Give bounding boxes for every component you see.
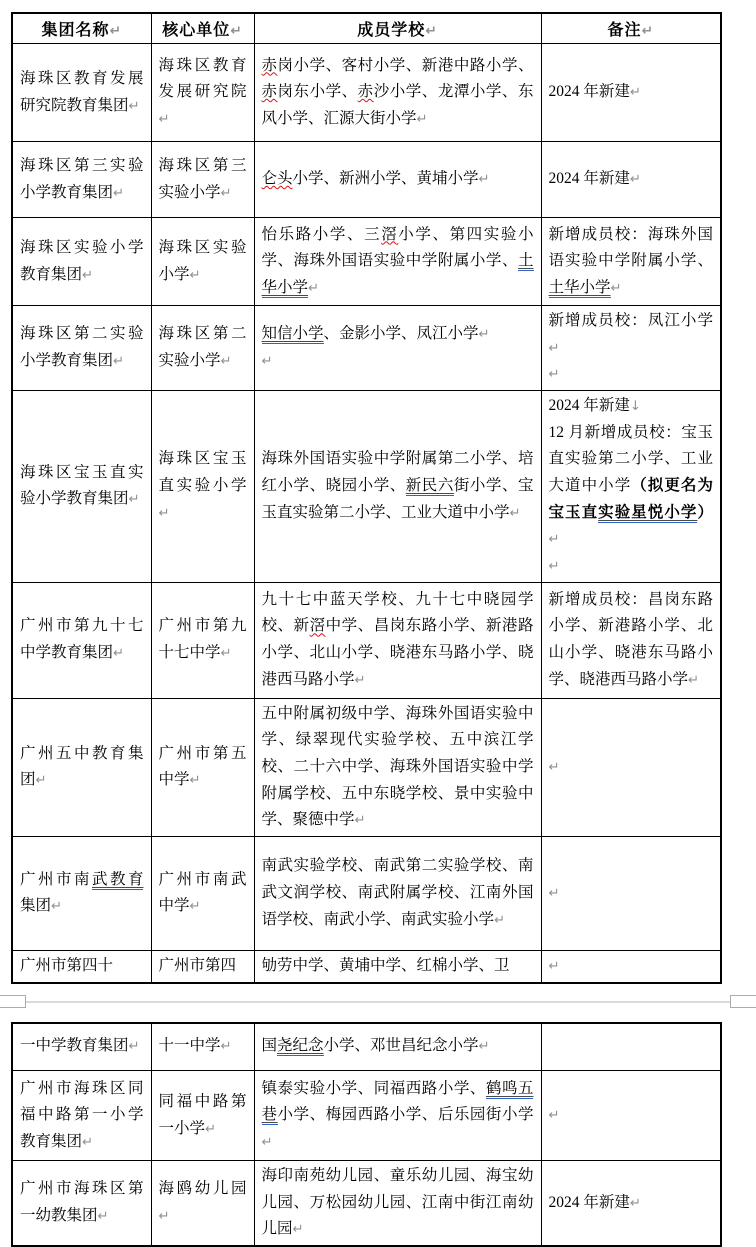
- text-run: 岗小学、客村小学、新港中路小学、: [278, 57, 534, 74]
- text-run: 广州市海珠区第一幼教集团↵: [20, 1180, 144, 1224]
- text-run: 集团名称↵: [42, 22, 122, 39]
- remark-cell: 新增成员校：昌岗东路小学、新港路小学、北山小学、晓港东马路小学、晓港西马路小学↵: [541, 582, 721, 698]
- text-run: 怡乐路小学、三: [262, 226, 382, 243]
- text-run: 海珠区教育发展研究院↵: [159, 57, 247, 127]
- paragraph-mark: ↵: [113, 646, 124, 661]
- text-run: 成员学校↵: [357, 22, 437, 39]
- remark-cell: [541, 1023, 721, 1071]
- text-run: 广州市第四十: [20, 957, 113, 974]
- paragraph-mark: ↵: [549, 1108, 560, 1123]
- group-name-cell: 广州五中教育集团↵: [12, 698, 151, 836]
- paragraph-mark: ↵: [221, 186, 232, 201]
- core-unit-cell: 海珠区宝玉直实验小学↵: [151, 390, 254, 582]
- text-run-squiggle: 赤: [358, 83, 374, 100]
- text-run: 小学、新洲小学、黄埔小学↵: [293, 170, 490, 187]
- core-unit-cell: 海珠区第三实验小学↵: [151, 142, 254, 218]
- paragraph-mark: ↵: [129, 1039, 140, 1054]
- text-run: 小学、邓世昌纪念小学↵: [324, 1037, 490, 1054]
- paragraph-mark: ↵: [110, 23, 122, 39]
- document: 集团名称↵核心单位↵成员学校↵备注↵海珠区教育发展研究院教育集团↵海珠区教育发展…: [0, 12, 756, 1247]
- text-run: 五中附属初级中学、海珠外国语实验中学、绿翠现代实验学校、五中滨江学校、二十六中学…: [262, 705, 534, 829]
- remark-cell: ↵: [541, 1071, 721, 1161]
- text-run: ↵: [549, 1106, 560, 1123]
- paragraph-mark: ↵: [221, 1039, 232, 1054]
- text-run: 同福中路第一小学↵: [159, 1093, 247, 1137]
- table-row: 海珠区实验小学教育集团↵海珠区实验小学↵怡乐路小学、三滘小学、第四实验小学、海珠…: [12, 218, 721, 306]
- text-run: 备注↵: [608, 22, 654, 39]
- paragraph-mark: ↵: [494, 913, 505, 928]
- member-schools-cell: 国尧纪念小学、邓世昌纪念小学↵: [254, 1023, 541, 1071]
- text-run: 小学、梅园西路小学、后乐园街小学↵: [262, 1106, 534, 1150]
- table-row: 广州市第九十七中学教育集团↵广州市第九十七中学↵九十七中蓝天学校、九十七中晓园学…: [12, 582, 721, 698]
- paragraph-mark: ↵: [549, 959, 560, 974]
- column-header-1: 集团名称↵: [12, 13, 151, 44]
- paragraph-mark: ↵: [51, 899, 62, 914]
- text-run: 广州市第四: [159, 957, 237, 974]
- paragraph-mark: ↵: [549, 760, 560, 775]
- paragraph-mark: ↵: [262, 1135, 273, 1150]
- paragraph-mark: ↵: [205, 1122, 216, 1137]
- group-name-cell: 广州市海珠区同福中路第一小学教育集团↵: [12, 1071, 151, 1161]
- column-header-3: 成员学校↵: [254, 13, 541, 44]
- paragraph-mark: ↵: [190, 899, 201, 914]
- text-run: 十一中学↵: [159, 1037, 232, 1054]
- education-groups-table-page-1: 集团名称↵核心单位↵成员学校↵备注↵海珠区教育发展研究院教育集团↵海珠区教育发展…: [11, 12, 722, 984]
- column-header-4: 备注↵: [541, 13, 721, 44]
- paragraph-mark: ↵: [129, 99, 140, 114]
- group-name-cell: 海珠区第二实验小学教育集团↵: [12, 306, 151, 391]
- paragraph-mark: ↵: [479, 172, 490, 187]
- text-run: ↵: [308, 279, 319, 296]
- text-run: 集团↵: [20, 897, 62, 914]
- text-run: 2024 年新建↵: [549, 170, 641, 187]
- text-run: 海珠区第三实验小学教育集团↵: [20, 157, 144, 201]
- text-run: ↵: [549, 957, 560, 974]
- remark-cell: ↵: [541, 950, 721, 982]
- group-name-cell: 广州市南武教育集团↵: [12, 836, 151, 950]
- paragraph-mark: ↵: [230, 23, 242, 39]
- member-schools-cell: 南武实验学校、南武第二实验学校、南武文润学校、南武附属学校、江南外国语学校、南武…: [254, 836, 541, 950]
- paragraph-mark: ↵: [355, 813, 366, 828]
- text-run: 新增成员校：海珠外国语实验中学附属小学、: [549, 226, 714, 270]
- core-unit-cell: 海珠区第二实验小学↵: [151, 306, 254, 391]
- text-run: 新增成员校：昌岗东路小学、新港路小学、北山小学、晓港东马路小学、晓港西马路小学↵: [549, 591, 714, 688]
- text-run-bold-underline: 实验星悦小学: [598, 504, 697, 523]
- text-run: ↵: [549, 884, 560, 901]
- paragraph-mark: ↵: [113, 186, 124, 201]
- text-run: 广州市第五中学↵: [159, 745, 247, 789]
- paragraph-mark: ↵: [417, 112, 428, 127]
- group-name-cell: 海珠区教育发展研究院教育集团↵: [12, 44, 151, 142]
- text-run: 劬劳中学、黄埔中学、红棉小学、卫: [262, 957, 510, 974]
- text-run: 新增成员校：凤江小学↵↵: [549, 312, 714, 382]
- text-run-squiggle: 赤: [262, 57, 278, 74]
- text-run: 海鸥幼儿园↵: [159, 1180, 247, 1224]
- text-run-underline: 尧纪念: [277, 1037, 324, 1056]
- paragraph-mark: ↵: [221, 646, 232, 661]
- page-break: [0, 984, 756, 1022]
- text-run: 海珠区教育发展研究院教育集团↵: [20, 70, 144, 114]
- paragraph-mark: ↵: [688, 673, 699, 688]
- core-unit-cell: 海珠区教育发展研究院↵: [151, 44, 254, 142]
- table-row: 广州市第四十广州市第四劬劳中学、黄埔中学、红棉小学、卫↵: [12, 950, 721, 982]
- text-run: 2024 年新建↵: [549, 1194, 641, 1211]
- member-schools-cell: 海印南苑幼儿园、童乐幼儿园、海宝幼儿园、万松园幼儿园、江南中街江南幼儿园↵: [254, 1161, 541, 1246]
- line-break-mark: ↓: [630, 399, 641, 414]
- text-run: 海珠区实验小学教育集团↵: [20, 239, 144, 283]
- paragraph-mark: ↵: [221, 354, 232, 369]
- text-run: 广州市南武中学↵: [159, 871, 247, 915]
- text-run: 海珠区宝玉直实验小学教育集团↵: [20, 464, 144, 508]
- text-run: 国: [262, 1037, 278, 1054]
- education-groups-table-page-2: 一中学教育集团↵十一中学↵国尧纪念小学、邓世昌纪念小学↵广州市海珠区同福中路第一…: [11, 1022, 722, 1247]
- text-run-underline: 知信小学: [262, 325, 324, 344]
- remark-cell: 2024 年新建↓12 月新增成员校：宝玉直实验第二小学、工业大道中小学（拟更名…: [541, 390, 721, 582]
- text-run: 广州市第九十七中学↵: [159, 617, 247, 661]
- column-header-2: 核心单位↵: [151, 13, 254, 44]
- paragraph-mark: ↵: [159, 506, 170, 521]
- remark-cell: 新增成员校：凤江小学↵↵: [541, 306, 721, 391]
- text-run-squiggle: 仑头: [262, 170, 293, 187]
- paragraph-mark: ↵: [190, 268, 201, 283]
- member-schools-cell: 劬劳中学、黄埔中学、红棉小学、卫: [254, 950, 541, 982]
- text-run: 广州市南: [20, 871, 92, 888]
- group-name-cell: 广州市海珠区第一幼教集团↵: [12, 1161, 151, 1246]
- page-break-line: [0, 1001, 756, 1003]
- paragraph-mark: ↵: [549, 532, 560, 547]
- member-schools-cell: 镇泰实验小学、同福西路小学、鹤鸣五巷小学、梅园西路小学、后乐园街小学↵: [254, 1071, 541, 1161]
- text-run: 海珠区第二实验小学教育集团↵: [20, 325, 144, 369]
- paragraph-mark: ↵: [549, 559, 560, 574]
- text-run: 南武实验学校、南武第二实验学校、南武文润学校、南武附属学校、江南外国语学校、南武…: [262, 857, 534, 927]
- core-unit-cell: 广州市第九十七中学↵: [151, 582, 254, 698]
- table-row: 海珠区第三实验小学教育集团↵海珠区第三实验小学↵仑头小学、新洲小学、黄埔小学↵2…: [12, 142, 721, 218]
- member-schools-cell: 九十七中蓝天学校、九十七中晓园学校、新滘中学、昌岗东路小学、新港路小学、北山小学…: [254, 582, 541, 698]
- table-row: 广州市海珠区第一幼教集团↵海鸥幼儿园↵海印南苑幼儿园、童乐幼儿园、海宝幼儿园、万…: [12, 1161, 721, 1246]
- paragraph-mark: ↵: [82, 268, 93, 283]
- core-unit-cell: 广州市南武中学↵: [151, 836, 254, 950]
- group-name-cell: 一中学教育集团↵: [12, 1023, 151, 1071]
- text-run: 广州市海珠区同福中路第一小学教育集团↵: [20, 1080, 144, 1150]
- core-unit-cell: 广州市第五中学↵: [151, 698, 254, 836]
- paragraph-mark: ↵: [549, 367, 560, 382]
- group-name-cell: 海珠区实验小学教育集团↵: [12, 218, 151, 306]
- core-unit-cell: 十一中学↵: [151, 1023, 254, 1071]
- remark-cell: 2024 年新建↵: [541, 44, 721, 142]
- remark-cell: 2024 年新建↵: [541, 1161, 721, 1246]
- remark-cell: 2024 年新建↵: [541, 142, 721, 218]
- paragraph-mark: ↵: [36, 773, 47, 788]
- text-run: 广州市第九十七中学教育集团↵: [20, 617, 144, 661]
- text-run: 海印南苑幼儿园、童乐幼儿园、海宝幼儿园、万松园幼儿园、江南中街江南幼儿园↵: [262, 1167, 534, 1237]
- text-run: 镇泰实验小学、同福西路小学、: [262, 1080, 486, 1097]
- remark-cell: ↵: [541, 836, 721, 950]
- group-name-cell: 海珠区宝玉直实验小学教育集团↵: [12, 390, 151, 582]
- paragraph-mark: ↵: [159, 112, 170, 127]
- document-page-1: 集团名称↵核心单位↵成员学校↵备注↵海珠区教育发展研究院教育集团↵海珠区教育发展…: [0, 12, 756, 984]
- paragraph-mark: ↵: [630, 172, 641, 187]
- paragraph-mark: ↵: [308, 281, 319, 296]
- text-run: 海珠区宝玉直实验小学↵: [159, 450, 247, 520]
- text-run: 一中学教育集团↵: [20, 1037, 140, 1054]
- core-unit-cell: 海珠区实验小学↵: [151, 218, 254, 306]
- table-row: 广州市海珠区同福中路第一小学教育集团↵同福中路第一小学↵镇泰实验小学、同福西路小…: [12, 1071, 721, 1161]
- table-row: 海珠区第二实验小学教育集团↵海珠区第二实验小学↵知信小学、金影小学、凤江小学↵↵…: [12, 306, 721, 391]
- table-row: 海珠区教育发展研究院教育集团↵海珠区教育发展研究院↵赤岗小学、客村小学、新港中路…: [12, 44, 721, 142]
- text-run-bold: ）: [697, 504, 713, 521]
- page-edge-notch-left: [0, 995, 26, 1008]
- text-run: 岗东小学、: [278, 83, 358, 100]
- text-run-squiggle: 滘: [381, 226, 398, 243]
- text-run: ↵: [549, 758, 560, 775]
- member-schools-cell: 仑头小学、新洲小学、黄埔小学↵: [254, 142, 541, 218]
- text-run: 核心单位↵: [162, 22, 242, 39]
- header-row: 集团名称↵核心单位↵成员学校↵备注↵: [12, 13, 721, 44]
- paragraph-mark: ↵: [129, 492, 140, 507]
- paragraph-mark: ↵: [82, 1135, 93, 1150]
- paragraph-mark: ↵: [190, 773, 201, 788]
- text-run: 海珠区实验小学↵: [159, 239, 247, 283]
- group-name-cell: 海珠区第三实验小学教育集团↵: [12, 142, 151, 218]
- group-name-cell: 广州市第九十七中学教育集团↵: [12, 582, 151, 698]
- text-run: ↵↵: [549, 530, 560, 574]
- text-run-squiggle: 赤: [262, 83, 278, 100]
- paragraph-mark: ↵: [510, 506, 521, 521]
- paragraph-mark: ↵: [293, 1222, 304, 1237]
- text-run-underline: 新民六: [406, 477, 454, 496]
- paragraph-mark: ↵: [549, 886, 560, 901]
- paragraph-mark: ↵: [630, 85, 641, 100]
- member-schools-cell: 五中附属初级中学、海珠外国语实验中学、绿翠现代实验学校、五中滨江学校、二十六中学…: [254, 698, 541, 836]
- paragraph-mark: ↵: [642, 23, 654, 39]
- member-schools-cell: 知信小学、金影小学、凤江小学↵↵: [254, 306, 541, 391]
- paragraph-mark: ↵: [355, 673, 366, 688]
- document-page-2: 一中学教育集团↵十一中学↵国尧纪念小学、邓世昌纪念小学↵广州市海珠区同福中路第一…: [0, 1022, 756, 1247]
- text-run: 2024 年新建↵: [549, 83, 641, 100]
- remark-cell: ↵: [541, 698, 721, 836]
- remark-cell: 新增成员校：海珠外国语实验中学附属小学、土华小学↵: [541, 218, 721, 306]
- paragraph-mark: ↵: [479, 1039, 490, 1054]
- paragraph-mark: ↵: [479, 327, 490, 342]
- text-run: 海珠区第二实验小学↵: [159, 325, 247, 369]
- text-run-underline: 武教育: [92, 871, 144, 890]
- table-row: 海珠区宝玉直实验小学教育集团↵海珠区宝玉直实验小学↵海珠外国语实验中学附属第二小…: [12, 390, 721, 582]
- text-run: 广州五中教育集团↵: [20, 745, 144, 789]
- paragraph-mark: ↵: [611, 281, 622, 296]
- text-run-squiggle: 滘: [310, 617, 326, 634]
- text-run: ↵: [611, 279, 622, 296]
- core-unit-cell: 同福中路第一小学↵: [151, 1071, 254, 1161]
- table-row: 广州市南武教育集团↵广州市南武中学↵南武实验学校、南武第二实验学校、南武文润学校…: [12, 836, 721, 950]
- core-unit-cell: 广州市第四: [151, 950, 254, 982]
- member-schools-cell: 怡乐路小学、三滘小学、第四实验小学、海珠外国语实验中学附属小学、土华小学↵: [254, 218, 541, 306]
- paragraph-mark: ↵: [98, 1209, 109, 1224]
- paragraph-mark: ↵: [549, 341, 560, 356]
- text-run: 海珠区第三实验小学↵: [159, 157, 247, 201]
- table-row: 一中学教育集团↵十一中学↵国尧纪念小学、邓世昌纪念小学↵: [12, 1023, 721, 1071]
- member-schools-cell: 海珠外国语实验中学附属第二小学、培红小学、晓园小学、新民六街小学、宝玉直实验第二…: [254, 390, 541, 582]
- paragraph-mark: ↵: [262, 354, 273, 369]
- paragraph-mark: ↵: [630, 1196, 641, 1211]
- paragraph-mark: ↵: [425, 23, 437, 39]
- member-schools-cell: 赤岗小学、客村小学、新港中路小学、赤岗东小学、赤沙小学、龙潭小学、东风小学、汇源…: [254, 44, 541, 142]
- paragraph-mark: ↵: [113, 354, 124, 369]
- page-edge-notch-right: [730, 995, 756, 1008]
- table-row: 广州五中教育集团↵广州市第五中学↵五中附属初级中学、海珠外国语实验中学、绿翠现代…: [12, 698, 721, 836]
- text-run-underline: 土华小学: [549, 279, 611, 298]
- group-name-cell: 广州市第四十: [12, 950, 151, 982]
- core-unit-cell: 海鸥幼儿园↵: [151, 1161, 254, 1246]
- paragraph-mark: ↵: [159, 1209, 170, 1224]
